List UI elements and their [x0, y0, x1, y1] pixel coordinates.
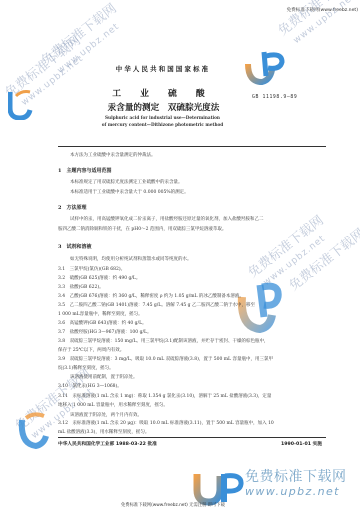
body-line: 1 000 mL容量瓶中，稀释至刻度，摇匀。 [58, 312, 143, 318]
body-line: 3.7 盐酸羟胺(HG 3—967)溶液：100 g/L。 [58, 330, 151, 336]
body-line: 3.9 双硫腙三氯甲烷溶液：3 mg/L。吸取 10.0 mL 双硫腙溶液(3.… [58, 357, 273, 363]
body-line: 烷(3.1)稀释至刻度，摇匀。 [58, 366, 114, 372]
body-line: 胺四乙酸二钠消除铜和铁的干扰，在 pH0～2 范围内，用双硫腙三氯甲烷溶液萃取。 [58, 227, 226, 233]
section-heading: 2 方法原理 [58, 204, 86, 211]
footer-divider [58, 437, 326, 438]
up-logo-icon [244, 50, 290, 86]
watermark-bottom-note: 免费标准下载网(www.freebz.net) 无需注册 即可下载 [121, 502, 225, 508]
body-line: 该溶液置于阴凉处，两个月内有效。 [70, 413, 142, 419]
body-line: 3.1 三氯甲烷(氯仿)(GB 682)。 [58, 267, 125, 273]
body-line: 3.12 汞标准溶液(1 mL 含汞 20 μg)：吸取 10.0 mL 标准溶… [58, 421, 274, 427]
section-heading: 1 主题内容与适用范围 [58, 167, 111, 174]
document-title-en-line1: Sulphuric acid for industrial use—Determ… [90, 115, 235, 120]
document-title-sub: 汞含量的测定 双硫腙光度法 [96, 101, 231, 113]
body-line: 3.11 汞标准溶液(1 mL 含汞 1 mg)：称取 1.354 g 氯化汞(… [58, 394, 271, 400]
section-heading: 3 试剂和溶液 [58, 243, 91, 250]
intro-text: 本方法为工业硫酸中汞含量测定的仲裁法。 [70, 153, 156, 159]
document-title-main: 工 业 硫 酸 [100, 86, 225, 99]
body-line: 3.3 盐酸(GB 622)。 [58, 285, 104, 291]
body-line: 3.8 双硫腙三氯甲烷溶液：150 mg/L。用三氯甲烷(3.1)配制该溶液，并… [58, 339, 269, 345]
national-standard-label: 中华人民共和国国家标准 [103, 64, 223, 73]
document-page: 免费标准下载网(www.freebz.net) 免费标准下载网 www.upbz… [0, 0, 360, 509]
document-title-en-line2: of mercury content—Dithizone photometric… [90, 122, 235, 127]
implementation-date: 1990-01-01 实施 [281, 441, 322, 447]
brand-name: 免费标准下载网 [245, 466, 347, 486]
body-line: 地移入 1 000 mL 容量瓶中，用水稀释至刻度，摇匀。 [58, 403, 168, 409]
body-line: 本标准规定了用双硫腙光度法测定工业硫酸中的汞含量。 [70, 180, 183, 186]
body-line: 3.5 乙二胺四乙酸二钠(GB 1401)溶液：7.45 g/L。溶解 7.45… [58, 303, 255, 309]
up-logo-icon [8, 86, 36, 120]
approval-info: 中华人民共和国化学工业部 1988-03-22 批准 [58, 441, 157, 447]
body-line: 3.4 乙酸(GB 676)溶液：约 360 g/L，稀释密度 ρ 约为 1.0… [58, 294, 244, 300]
body-line: 3.2 硫酸(GB 625)溶液：约 490 g/L。 [58, 276, 140, 282]
body-line: 保存于 25℃以下，两周内有效。 [58, 348, 124, 354]
body-line: 本标准适用于工业硫酸中汞含量大于 0.000 005%的测定。 [70, 190, 189, 196]
up-logo-icon [18, 410, 54, 450]
body-line: 如无特殊说明，均使用分析纯试剂和蒸馏水或同等纯度的水。 [70, 257, 192, 263]
body-line: 3.6 高锰酸钾(GB 643)溶液：约 40 g/L。 [58, 321, 147, 327]
body-line: mL 盐酸溶液(3.3)，用水稀释至刻度，摇匀。 [58, 430, 149, 436]
body-line: 3.10 氯化汞(HG 3—1068)。 [58, 384, 122, 390]
body-line: 试样中的汞，用高锰酸钾氧化成二价汞离子，用盐酸羟胺还原过量的氧化剂，加入盐酸羟胺… [70, 217, 264, 223]
up-brand-logo-icon [192, 470, 244, 506]
body-line: 该溶液使用前配制，置于阴凉处。 [70, 375, 138, 381]
standard-code: GB 11198.9—89 [252, 95, 297, 100]
brand-url-link[interactable]: www.upbz.net [245, 485, 340, 498]
header-divider [58, 146, 326, 147]
